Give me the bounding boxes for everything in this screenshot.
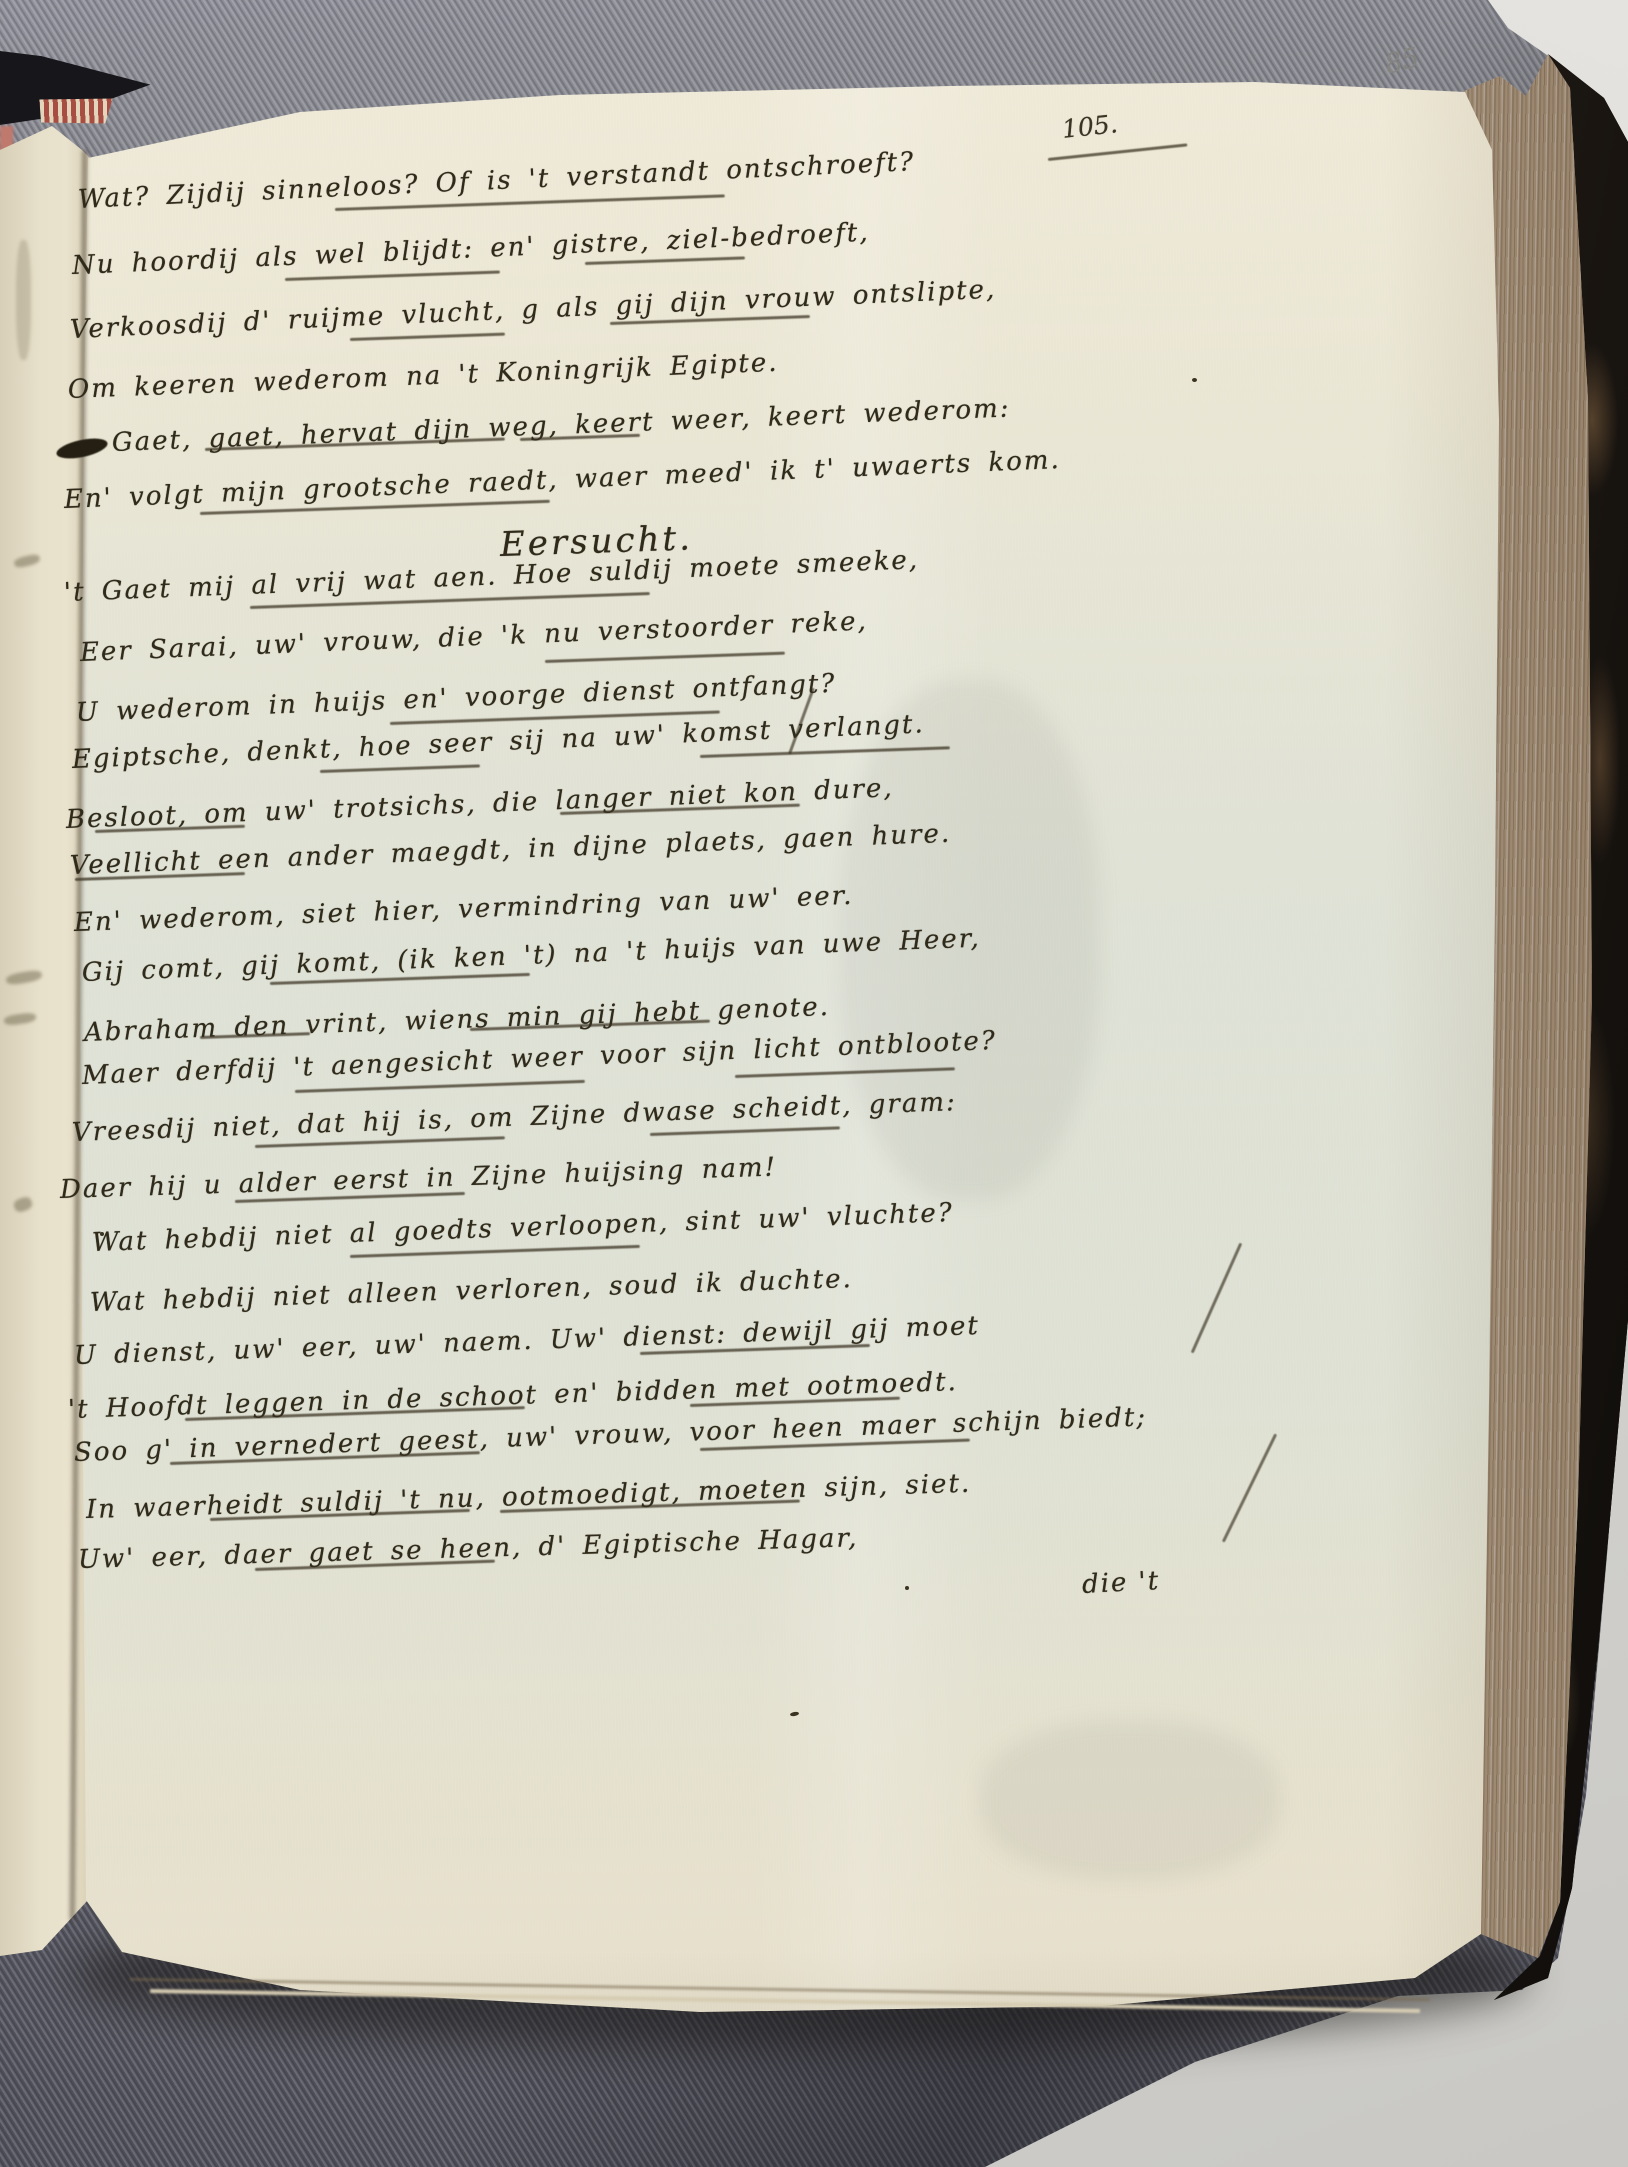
catchword: die 't [1081, 1566, 1161, 1600]
ink-ghost-mark [16, 240, 31, 360]
ink-speck [905, 1586, 909, 1590]
manuscript-photograph: 85 105. Wat? Zijdij sinneloos? Of is 't … [0, 0, 1628, 2167]
ink-speck [100, 1232, 104, 1236]
ink-speck [1192, 378, 1197, 382]
show-through-smudge [980, 1720, 1280, 1880]
page-number-ink: 105. [1061, 109, 1119, 144]
